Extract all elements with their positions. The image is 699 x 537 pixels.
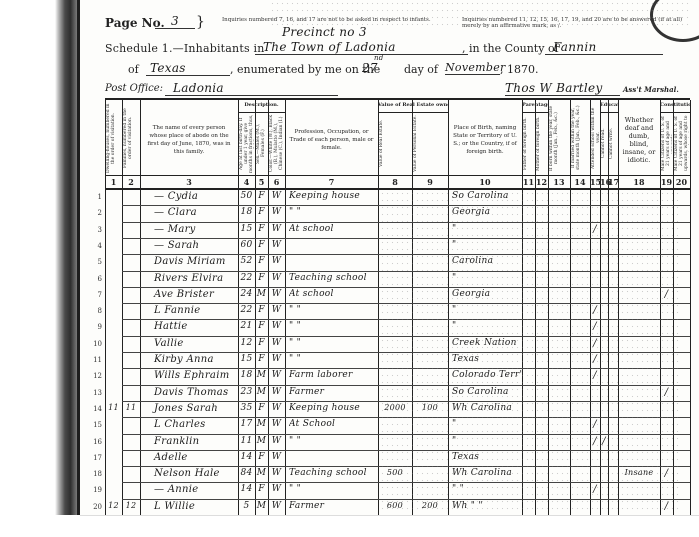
cell-sex: F <box>255 452 268 462</box>
cell-sex: M <box>255 289 268 299</box>
cell-color: W <box>268 484 285 494</box>
line-number: 13 <box>88 389 102 397</box>
column-number-19: 19 <box>660 177 673 187</box>
cell-color: W <box>268 321 285 331</box>
column-header-15: Attended school within the year. <box>591 103 599 173</box>
cell-sex: F <box>255 207 268 217</box>
cell-occupation: " " <box>289 484 378 494</box>
cell-color: W <box>268 305 285 315</box>
cell-sex: M <box>255 436 268 446</box>
column-number-12: 12 <box>535 177 548 187</box>
day-of-label: day of <box>404 63 438 76</box>
line-number: 19 <box>88 486 102 494</box>
group-header-rule <box>660 112 690 113</box>
cell-family: 12 <box>122 501 140 510</box>
column-number-11: 11 <box>522 177 535 187</box>
cell-age: 35 <box>238 403 255 413</box>
group-header-rule <box>600 112 618 113</box>
column-header-18: Whether deaf and dumb, blind, insane, or… <box>622 116 656 164</box>
day-suffix: nd <box>374 54 384 62</box>
cell-age: 15 <box>238 354 255 364</box>
cell-color: W <box>268 240 285 250</box>
post-office-field: Ladonia <box>165 81 338 96</box>
cell-occupation: " " <box>289 354 378 364</box>
line-number: 12 <box>88 372 102 380</box>
header-bottom-rule <box>105 175 690 176</box>
cell-color: W <box>268 387 285 397</box>
cell-age: 22 <box>238 273 255 283</box>
enumerated-label: , enumerated by me on the <box>230 63 380 76</box>
cell-name: — Annie <box>144 484 248 495</box>
cell-name: Nelson Hale <box>144 468 248 479</box>
cell-name: Kirby Anna <box>144 354 248 365</box>
cell-age: 24 <box>238 289 255 299</box>
line-number: 5 <box>88 258 102 266</box>
column-divider <box>690 100 691 515</box>
page-bottom-edge <box>80 515 699 516</box>
post-office-label: Post Office: <box>105 83 163 94</box>
column-number-18: 18 <box>618 177 660 187</box>
cell-occupation: At school <box>289 224 378 234</box>
cell-name: Jones Sarah <box>144 403 248 414</box>
column-header-1: Dwelling-houses, numbered in the order o… <box>106 103 121 173</box>
cell-occupation: " " <box>289 305 378 315</box>
column-header-12: Mother of foreign birth. <box>536 114 547 173</box>
column-number-2: 2 <box>122 177 140 187</box>
cell-occupation: Teaching school <box>289 273 378 283</box>
cell-color: W <box>268 191 285 201</box>
column-header-14: If married within the year, state month … <box>571 103 589 173</box>
line-number: 15 <box>88 421 102 429</box>
place-field: The Town of Ladonia <box>255 40 468 55</box>
cell-occupation: Farm laborer <box>289 370 378 380</box>
cell-name: Davis Thomas <box>144 387 248 398</box>
cell-age: 17 <box>238 419 255 429</box>
column-number-20: 20 <box>673 177 690 187</box>
cell-name: L Fannie <box>144 305 248 316</box>
cell-color: W <box>268 338 285 348</box>
cell-age: 18 <box>238 370 255 380</box>
group-header-constitutional: Constitutional Relations. <box>660 102 690 108</box>
cell-occupation: Farmer <box>289 387 378 397</box>
line-number: 9 <box>88 323 102 331</box>
column-header-17: Cannot write. <box>609 114 617 173</box>
cell-name: Davis Miriam <box>144 256 248 267</box>
group-header-real-estate: Value of Real Estate owned. <box>378 102 448 108</box>
column-header-16: Cannot read. <box>601 114 607 173</box>
cell-name: — Sarah <box>144 240 248 251</box>
cell-age: 50 <box>238 191 255 201</box>
cell-age: 21 <box>238 321 255 331</box>
cell-age: 15 <box>238 224 255 234</box>
cell-sex: F <box>255 273 268 283</box>
column-number-10: 10 <box>448 177 522 187</box>
cell-name: Ave Brister <box>144 289 248 300</box>
cell-occupation: At School <box>289 419 378 429</box>
line-number: 16 <box>88 438 102 446</box>
cell-sex: M <box>255 501 268 511</box>
table-top-rule <box>105 98 690 100</box>
cell-age: 22 <box>238 305 255 315</box>
column-header-9: Value of Personal Estate. <box>413 114 447 173</box>
page-number: 3 <box>155 14 195 29</box>
cell-name: Adelle <box>144 452 248 463</box>
line-number: 7 <box>88 291 102 299</box>
column-number-16: 16 <box>600 177 608 187</box>
cell-name: Vallie <box>144 338 248 349</box>
column-header-10: Place of Birth, naming State or Territor… <box>452 124 518 156</box>
cell-name: — Mary <box>144 224 248 235</box>
cell-occupation: Teaching school <box>289 468 378 478</box>
column-header-3: The name of every person whose place of … <box>144 124 234 156</box>
cell-color: W <box>268 224 285 234</box>
cell-color: W <box>268 370 285 380</box>
cell-name: L Charles <box>144 419 248 430</box>
column-number-15: 15 <box>590 177 600 187</box>
month-field: November <box>445 61 500 75</box>
cell-color: W <box>268 256 285 266</box>
line-number: 14 <box>88 405 102 413</box>
line-number: 1 <box>88 193 102 201</box>
cell-age: 12 <box>238 338 255 348</box>
cell-color: W <box>268 501 285 511</box>
cell-sex: F <box>255 256 268 266</box>
column-number-3: 3 <box>140 177 238 187</box>
group-header-rule <box>238 112 285 113</box>
column-number-13: 13 <box>548 177 570 187</box>
column-header-7: Profession, Occupation, or Trade of each… <box>289 128 374 152</box>
cell-color: W <box>268 403 285 413</box>
cell-color: W <box>268 419 285 429</box>
cell-age: 23 <box>238 387 255 397</box>
column-header-11: Father of foreign birth. <box>523 114 534 173</box>
cell-age: 60 <box>238 240 255 250</box>
cell-occupation: " " <box>289 321 378 331</box>
cell-occupation: " " <box>289 207 378 217</box>
line-number: 6 <box>88 275 102 283</box>
cell-occupation: At school <box>289 289 378 299</box>
cell-occupation: " " <box>289 338 378 348</box>
column-header-5: Sex.—Males (M.), Females (F.) <box>256 114 267 173</box>
line-number: 3 <box>88 226 102 234</box>
cell-family: 11 <box>122 403 140 412</box>
column-header-19: Male Citizens of U. S. of 21 years of ag… <box>661 114 672 173</box>
cell-color: W <box>268 436 285 446</box>
column-number-14: 14 <box>570 177 590 187</box>
cell-sex: M <box>255 387 268 397</box>
line-number: 20 <box>88 503 102 511</box>
cell-occupation: Farmer <box>289 501 378 511</box>
column-number-4: 4 <box>238 177 255 187</box>
cell-age: 52 <box>238 256 255 266</box>
column-header-20: Male Citizens of U. S. of 21 years of ag… <box>674 114 689 173</box>
cell-dwelling: 12 <box>105 501 122 510</box>
cell-sex: F <box>255 338 268 348</box>
marshal-signature: Thos W Bartley <box>505 81 620 96</box>
cell-occupation: " " <box>289 436 378 446</box>
line-number: 4 <box>88 242 102 250</box>
cell-sex: M <box>255 370 268 380</box>
group-header-rule <box>378 112 448 113</box>
cell-color: W <box>268 354 285 364</box>
cell-sex: F <box>255 191 268 201</box>
column-number-9: 9 <box>412 177 448 187</box>
line-number: 17 <box>88 454 102 462</box>
cell-age: 18 <box>238 207 255 217</box>
cell-age: 84 <box>238 468 255 478</box>
cell-sex: F <box>255 403 268 413</box>
line-number: 8 <box>88 307 102 315</box>
cell-dwelling: 11 <box>105 403 122 412</box>
group-header-description: Description. <box>238 102 285 108</box>
cell-age: 14 <box>238 484 255 494</box>
column-number-1: 1 <box>105 177 122 187</box>
cell-age: 11 <box>238 436 255 446</box>
column-number-6: 6 <box>268 177 285 187</box>
line-number: 10 <box>88 340 102 348</box>
cell-occupation: Keeping house <box>289 403 378 413</box>
state-label: of <box>128 63 139 76</box>
cell-sex: F <box>255 240 268 250</box>
cell-sex: M <box>255 419 268 429</box>
scan-binding-shadow <box>55 0 77 515</box>
cell-name: L Willie <box>144 501 248 512</box>
cell-name: Rivers Elvira <box>144 273 248 284</box>
cell-color: W <box>268 273 285 283</box>
cell-name: Franklin <box>144 436 248 447</box>
county-field: Fannin <box>545 40 663 55</box>
column-number-8: 8 <box>378 177 412 187</box>
cell-name: Wills Ephraim <box>144 370 248 381</box>
page-brace: } <box>196 14 205 30</box>
column-header-13: If born within the year, state month (Ja… <box>549 103 569 173</box>
scan-noise <box>380 190 680 510</box>
cell-age: 5 <box>238 501 255 511</box>
column-header-6: Color.—White (W.), Black (B.), Mulatto (… <box>269 114 284 173</box>
cell-color: W <box>268 289 285 299</box>
cell-name: — Clara <box>144 207 248 218</box>
cell-sex: F <box>255 321 268 331</box>
cell-sex: M <box>255 468 268 478</box>
cell-sex: F <box>255 484 268 494</box>
day-field: 27 <box>362 61 378 75</box>
cell-sex: F <box>255 354 268 364</box>
cell-sex: F <box>255 224 268 234</box>
line-number: 2 <box>88 209 102 217</box>
scan-noise <box>270 0 690 30</box>
cell-occupation: Keeping house <box>289 191 378 201</box>
cell-sex: F <box>255 305 268 315</box>
cell-name: — Cydia <box>144 191 248 202</box>
column-number-7: 7 <box>285 177 378 187</box>
column-number-5: 5 <box>255 177 268 187</box>
column-header-4: Age at last birth-day. If under 1 year, … <box>239 114 254 173</box>
cell-color: W <box>268 468 285 478</box>
cell-name: Hattie <box>144 321 248 332</box>
line-number: 11 <box>88 356 102 364</box>
group-header-education: Education. <box>600 102 618 108</box>
schedule-label: Schedule 1.—Inhabitants in <box>105 42 265 55</box>
state-field: Texas <box>146 61 230 76</box>
cell-color: W <box>268 207 285 217</box>
cell-age: 14 <box>238 452 255 462</box>
column-header-8: Value of Real Estate. <box>379 114 411 173</box>
column-header-2: Families, numbered in the order of visit… <box>123 103 139 173</box>
marshal-label: Ass't Marshal. <box>623 85 679 94</box>
line-number: 18 <box>88 470 102 478</box>
cell-color: W <box>268 452 285 462</box>
column-number-17: 17 <box>608 177 618 187</box>
year-label: , 1870. <box>500 63 538 76</box>
